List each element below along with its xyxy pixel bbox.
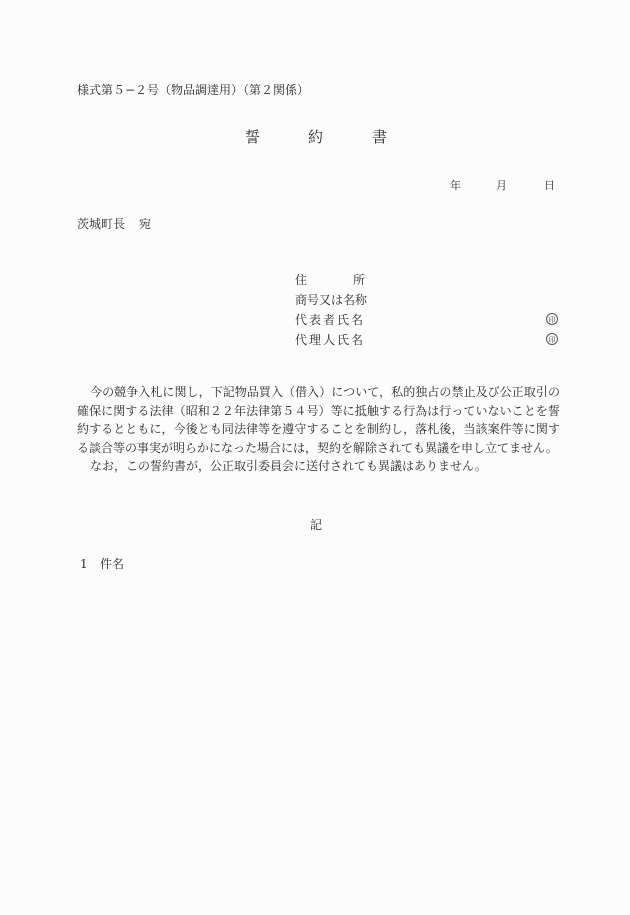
seal-icon: 印: [546, 333, 558, 345]
form-number: 様式第５−２号（物品調達用）（第２関係）: [77, 81, 309, 99]
item-label: 件名: [100, 557, 124, 571]
addressee: 茨城町長宛: [77, 215, 151, 233]
addressee-suffix: 宛: [139, 217, 151, 231]
company-row: 商号又は名称: [295, 291, 560, 311]
pledge-body: 今の競争入札に関し，下記物品買入（借入）について，私的独占の禁止及び公正取引の確…: [77, 383, 560, 476]
item-number: 1: [80, 555, 100, 573]
agent-row: 代理人氏名 印: [295, 331, 560, 351]
item-row-subject: 1件名: [80, 555, 124, 573]
agent-label: 代理人氏名: [295, 331, 365, 349]
title-char-2: 約: [308, 128, 323, 146]
address-row: 住 所: [295, 271, 560, 291]
title-char-3: 書: [372, 128, 387, 146]
pledge-paragraph-2: なお，この誓約書が，公正取引委員会に送付されても異議はありません。: [77, 457, 560, 476]
address-label-char-2: 所: [353, 271, 365, 289]
day-label: 日: [544, 177, 555, 195]
ki-heading: 記: [310, 516, 322, 534]
company-label: 商号又は名称: [295, 291, 367, 309]
month-label: 月: [496, 177, 507, 195]
addressee-name: 茨城町長: [77, 217, 125, 231]
title-char-1: 誓: [245, 128, 260, 146]
address-label-char-1: 住: [295, 271, 307, 289]
document-title: 誓 約 書: [245, 128, 395, 150]
year-label: 年: [450, 177, 461, 195]
date-line: 年 月 日: [448, 177, 560, 195]
pledge-paragraph-1: 今の競争入札に関し，下記物品買入（借入）について，私的独占の禁止及び公正取引の確…: [77, 383, 560, 457]
seal-icon: 印: [546, 313, 558, 325]
representative-row: 代表者氏名 印: [295, 311, 560, 331]
representative-label: 代表者氏名: [295, 311, 365, 329]
pledger-block: 住 所 商号又は名称 代表者氏名 印 代理人氏名 印: [295, 271, 560, 351]
